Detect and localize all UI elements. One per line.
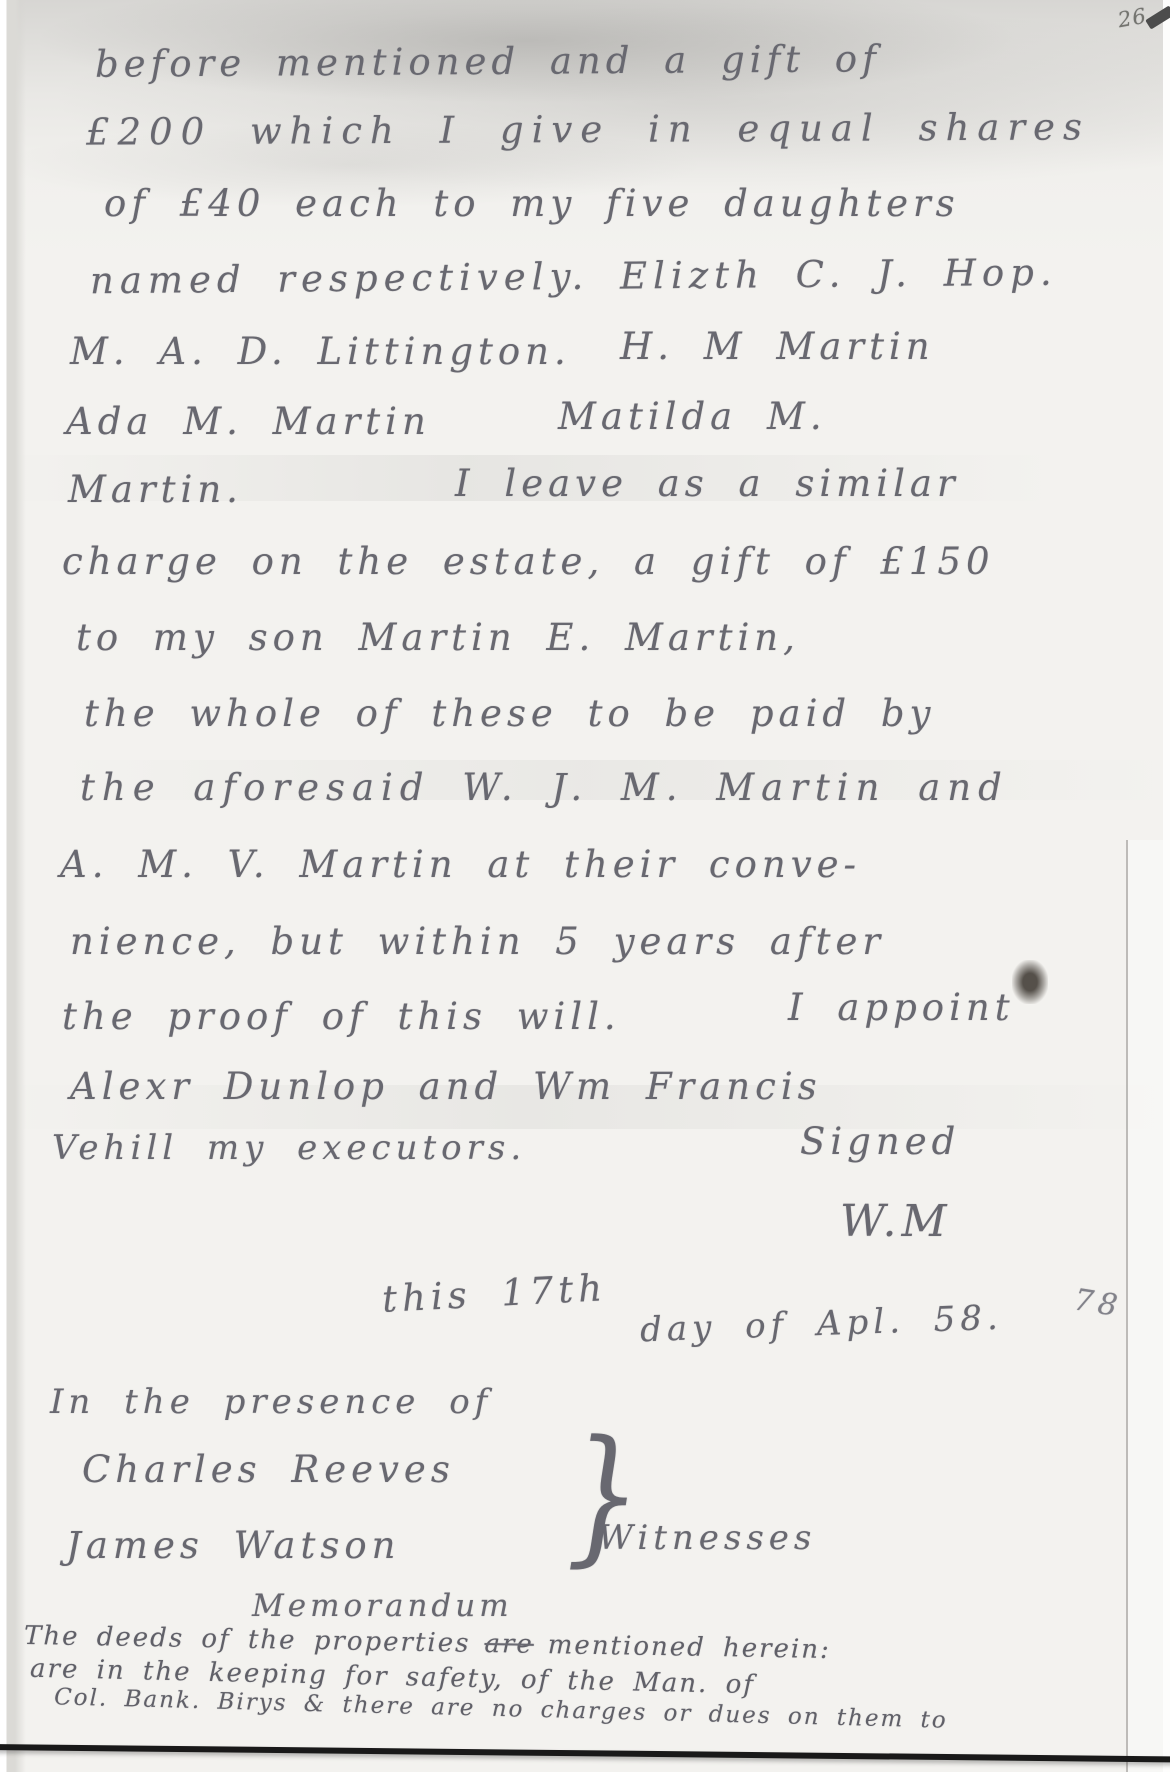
page-bottom-edge xyxy=(0,1744,1170,1763)
memo-line-1-struck-word: are xyxy=(484,1629,534,1660)
body-line-14-left: the proof of this will. xyxy=(62,995,621,1038)
fold-crease-line xyxy=(1126,840,1128,1772)
page-number: 26 xyxy=(1116,4,1148,33)
signature-initials: W.M xyxy=(840,1196,952,1247)
body-line-13: nience, but within 5 years after xyxy=(70,920,885,963)
signed-label: Signed xyxy=(800,1120,960,1163)
memo-line-1-text-a: The deeds of the properties xyxy=(24,1621,471,1659)
witness-name-1: Charles Reeves xyxy=(82,1448,455,1491)
body-line-5-right: H. M Martin xyxy=(620,325,935,368)
body-line-6-left: Ada M. Martin xyxy=(66,400,431,443)
body-line-6-right: Matilda M. xyxy=(558,395,827,438)
body-line-11: the aforesaid W. J. M. Martin and xyxy=(80,766,1009,809)
torn-left-edge xyxy=(0,0,26,1772)
paper-hole-stain xyxy=(1012,960,1048,1004)
fold-highlight xyxy=(1128,840,1163,1772)
scan-right-margin xyxy=(1163,0,1170,1772)
date-line-part-1: this 17th xyxy=(381,1266,608,1321)
memo-line-1-text-b: mentioned herein: xyxy=(548,1630,831,1665)
body-line-16: Vehill my executors. xyxy=(52,1128,526,1168)
body-line-7-left: Martin. xyxy=(68,468,243,511)
body-line-5-left: M. A. D. Littington. xyxy=(70,330,571,373)
body-line-1: before mentioned and a gift of xyxy=(95,37,881,85)
body-line-8: charge on the estate, a gift of £150 xyxy=(62,540,995,583)
document-page: 26 before mentioned and a gift of £200 w… xyxy=(0,0,1170,1772)
body-line-14-right: I appoint xyxy=(788,986,1015,1029)
body-line-9: to my son Martin E. Martin, xyxy=(76,616,800,659)
memorandum-title: Memorandum xyxy=(252,1588,513,1624)
body-line-2: £200 which I give in equal shares xyxy=(86,105,1090,153)
witness-name-2: James Watson xyxy=(66,1524,400,1567)
witness-intro: In the presence of xyxy=(50,1382,492,1422)
date-line-tail-mark: 78 xyxy=(1072,1282,1125,1324)
body-line-15: Alexr Dunlop and Wm Francis xyxy=(70,1065,822,1108)
body-line-7-right: I leave as a similar xyxy=(455,462,960,505)
date-line-part-2: day of Apl. 58. xyxy=(639,1298,1003,1351)
body-line-4: named respectively. Elizth C. J. Hop. xyxy=(90,251,1058,302)
body-line-12: A. M. V. Martin at their conve- xyxy=(60,843,861,886)
body-line-10: the whole of these to be paid by xyxy=(84,692,935,735)
witnesses-label: Witnesses xyxy=(598,1518,816,1558)
body-line-3: of £40 each to my five daughters xyxy=(104,182,960,225)
